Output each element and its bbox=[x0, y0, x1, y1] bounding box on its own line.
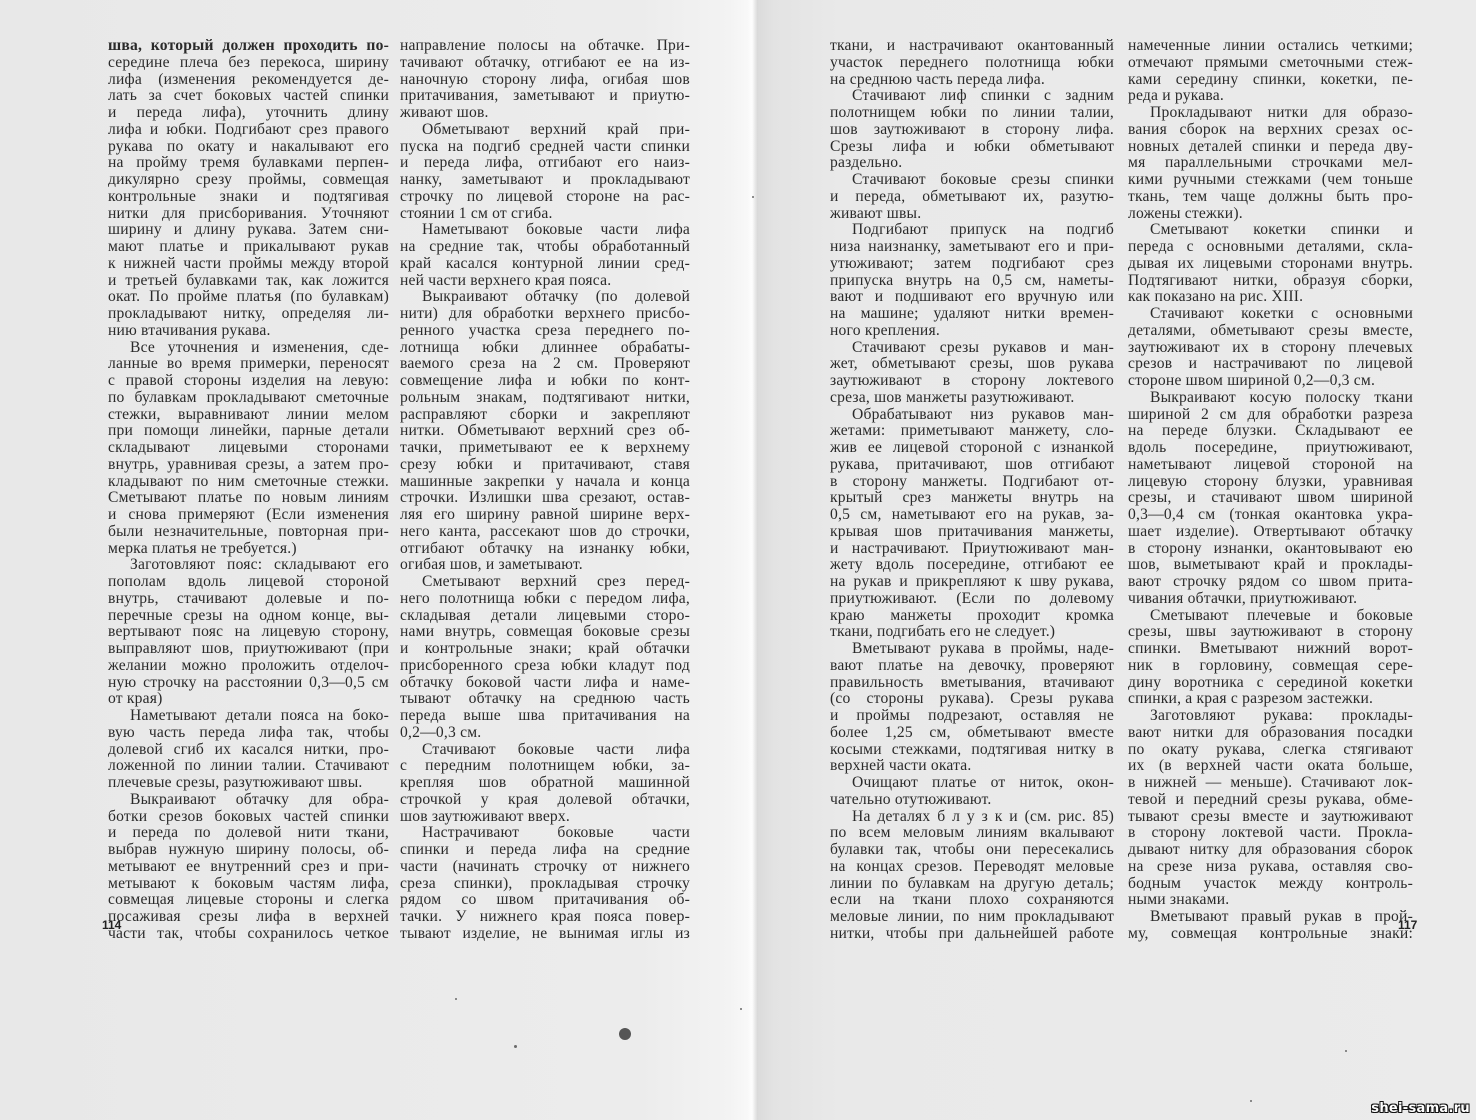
left-page-number: 114 bbox=[102, 918, 121, 932]
text-line: Вметывают правый рукав в прой- bbox=[1128, 909, 1413, 926]
text-line: Стачивают боковые части лифа bbox=[400, 742, 690, 759]
text-line: машинные закрепки у начала и конца bbox=[400, 474, 690, 491]
text-line: Стачивают срезы рукавов и ман- bbox=[830, 340, 1114, 357]
text-line: краю манжеты проходит кромка bbox=[830, 608, 1114, 625]
text-line: ней части верхнего края пояса. bbox=[400, 273, 690, 290]
text-line: и переда, обметывают их, разутю- bbox=[830, 189, 1114, 206]
text-line: дывая их лицевыми сторонами внутрь. bbox=[1128, 256, 1413, 273]
text-line: крепляя шов обратной машинной bbox=[400, 775, 690, 792]
text-line: дину воротника с серединой кокетки bbox=[1128, 675, 1413, 692]
text-line: шва, который должен проходить по- bbox=[108, 38, 389, 55]
text-line: Сметывают платье по новым линиям bbox=[108, 490, 389, 507]
text-line: и снова примеряют (Если изменения bbox=[108, 507, 389, 524]
text-line: совмещение лифа и юбки по конт- bbox=[400, 373, 690, 390]
text-line: булавки так, чтобы они пересекались bbox=[830, 842, 1114, 859]
text-line: заутюживают в сторону локтевого bbox=[830, 373, 1114, 390]
text-line: и переда по долевой нити ткани, bbox=[108, 825, 389, 842]
text-line: вают и подшивают его вручную или bbox=[830, 289, 1114, 306]
text-line: припуска внутрь на 0,5 см, наметы- bbox=[830, 273, 1114, 290]
text-line: шов заутюживают вверх. bbox=[400, 809, 690, 826]
text-line: линии по булавкам на другую деталь; bbox=[830, 876, 1114, 893]
text-line: Очищают платье от ниток, окон- bbox=[830, 775, 1114, 792]
text-line: низа наизнанку, заметывают его и при- bbox=[830, 239, 1114, 256]
text-line: отмечают прямыми сметочными стеж- bbox=[1128, 55, 1413, 72]
text-line: как показано на рис. XIII. bbox=[1128, 289, 1413, 306]
text-line: дикулярно срезу проймы, совмещая bbox=[108, 172, 389, 189]
text-line: чательно отутюживают. bbox=[830, 792, 1114, 809]
text-line: при помощи линейки, парные детали bbox=[108, 423, 389, 440]
text-line: в сторону локтевой части. Прокла- bbox=[1128, 825, 1413, 842]
text-line: спинки, а края с разрезом застежки. bbox=[1128, 691, 1413, 708]
text-line: ботки срезов боковых частей спинки bbox=[108, 809, 389, 826]
text-line: участок переднего полотнища юбки bbox=[830, 55, 1114, 72]
right-page-column-2: намеченные линии остались четкими;отмеча… bbox=[1128, 38, 1413, 943]
text-line: окат. По пройме платья (по булавкам) bbox=[108, 289, 389, 306]
text-line: 0,3—0,4 см (тонкая окантовка укра- bbox=[1128, 507, 1413, 524]
text-line: Вметывают рукава в проймы, наде- bbox=[830, 641, 1114, 658]
text-line: долевой сгиб их касался нитки, про- bbox=[108, 742, 389, 759]
text-line: плечевые срезы, разутюживают швы. bbox=[108, 775, 389, 792]
text-line: расправляют сборки и закрепляют bbox=[400, 407, 690, 424]
text-line: Заготовляют рукава: проклады- bbox=[1128, 708, 1413, 725]
text-line: спинки и переда лифа на средние bbox=[400, 842, 690, 859]
text-line: му, совмещая контрольные знаки: bbox=[1128, 926, 1413, 943]
text-line: бодным участок между контроль- bbox=[1128, 876, 1413, 893]
text-line: от края) bbox=[108, 691, 389, 708]
text-line: складывая детали лицевыми сторо- bbox=[400, 608, 690, 625]
text-line: строчкой у края долевой обтачки, bbox=[400, 792, 690, 809]
text-line: На деталях б л у з к и (см. рис. 85) bbox=[830, 809, 1114, 826]
text-line: и проймы подрезают, оставляя не bbox=[830, 708, 1114, 725]
text-line: Сметывают плечевые и боковые bbox=[1128, 608, 1413, 625]
text-line: Обрабатывают низ рукавов ман- bbox=[830, 407, 1114, 424]
text-line: тывают изделие, не вынимая иглы из bbox=[400, 926, 690, 943]
text-line: 0,5 см, наметывают его на рукав, за- bbox=[830, 507, 1114, 524]
text-line: вдоль посередине, приутюживают, bbox=[1128, 440, 1413, 457]
text-line: рукава, притачивают, шов отгибают bbox=[830, 457, 1114, 474]
text-line: среза, шов манжеты разутюживают. bbox=[830, 390, 1114, 407]
text-line: в нижней — меньше). Стачивают лок- bbox=[1128, 775, 1413, 792]
text-line: совмещая лицевые стороны и слегка bbox=[108, 892, 389, 909]
text-line: ткани, подгибать его не следует.) bbox=[830, 624, 1114, 641]
text-line: живают швы. bbox=[830, 206, 1114, 223]
text-line: ваемого среза на 2 см. Проверяют bbox=[400, 356, 690, 373]
text-line: Сметывают кокетки спинки и bbox=[1128, 222, 1413, 239]
scan-speck bbox=[740, 1008, 742, 1010]
text-line: ляя его ширину равной ширине верх- bbox=[400, 507, 690, 524]
left-page-column-1: шва, который должен проходить по-середин… bbox=[108, 38, 389, 943]
text-line: на пройму тремя булавками перпен- bbox=[108, 155, 389, 172]
text-line: Стачивают лиф спинки с задним bbox=[830, 88, 1114, 105]
text-line: лотнища юбки длиннее обрабаты- bbox=[400, 340, 690, 357]
text-line: выправляют шов, приутюживают (при bbox=[108, 641, 389, 658]
text-line: приутюживают. (Если по долевому bbox=[830, 591, 1114, 608]
text-line: на срезе низа рукава, оставляя сво- bbox=[1128, 859, 1413, 876]
text-line: новных деталей спинки и переда дву- bbox=[1128, 139, 1413, 156]
text-line: намеченные линии остались четкими; bbox=[1128, 38, 1413, 55]
text-line: присборенного среза юбки кладут под bbox=[400, 658, 690, 675]
text-line: нами внутрь, совмещая боковые срезы bbox=[400, 624, 690, 641]
scan-speck bbox=[619, 1028, 631, 1040]
text-line: жет, обметывают срезы, шов рукава bbox=[830, 356, 1114, 373]
text-line: Выкраивают обтачку для обра- bbox=[108, 792, 389, 809]
text-line: прокладывают нитку, определяя ли- bbox=[108, 306, 389, 323]
text-line: шириной 2 см для обработки разреза bbox=[1128, 407, 1413, 424]
text-line: срезу юбки и притачивают, ставя bbox=[400, 457, 690, 474]
text-line: нитки. Обметывают верхний срез об- bbox=[400, 423, 690, 440]
text-line: косыми стежками, подтягивая нитку в bbox=[830, 742, 1114, 759]
text-line: ными знаками. bbox=[1128, 892, 1413, 909]
text-line: шов заутюживают в сторону лифа. bbox=[830, 122, 1114, 139]
text-line: мя параллельными строчками мел- bbox=[1128, 155, 1413, 172]
text-line: на средние так, чтобы обработанный bbox=[400, 239, 690, 256]
text-line: перечные срезы на одном конце, вы- bbox=[108, 608, 389, 625]
text-line: заутюживают их в сторону плечевых bbox=[1128, 340, 1413, 357]
text-line: Наметывают детали пояса на боко- bbox=[108, 708, 389, 725]
text-line: Стачивают кокетки с основными bbox=[1128, 306, 1413, 323]
text-line: крывая шов притачивания манжеты, bbox=[830, 524, 1114, 541]
text-line: дывают нитку для образования сборок bbox=[1128, 842, 1413, 859]
scan-speck bbox=[514, 1045, 517, 1048]
text-line: 0,2—0,3 см. bbox=[400, 725, 690, 742]
text-line: срезы, и стачивают швом шириной bbox=[1128, 490, 1413, 507]
text-line: лать за счет боковых частей спинки bbox=[108, 88, 389, 105]
right-page-number: 117 bbox=[1398, 918, 1417, 932]
text-line: ного крепления. bbox=[830, 323, 1114, 340]
text-line: к нижней части проймы между второй bbox=[108, 256, 389, 273]
text-line: спинки. Вметывают нижний ворот- bbox=[1128, 641, 1413, 658]
text-line: шов, выметывают край и проклады- bbox=[1128, 557, 1413, 574]
text-line: ками середину спинки, кокетки, пе- bbox=[1128, 72, 1413, 89]
text-line: Сметывают верхний срез перед- bbox=[400, 574, 690, 591]
text-line: ткань, тем чаще должны быть про- bbox=[1128, 189, 1413, 206]
text-line: срезы, швы заутюживают в сторону bbox=[1128, 624, 1413, 641]
text-line: Подгибают припуск на подгиб bbox=[830, 222, 1114, 239]
book-gutter bbox=[748, 0, 758, 1120]
text-line: на среднюю часть переда лифа. bbox=[830, 72, 1114, 89]
text-line: с передним полотнищем юбки, за- bbox=[400, 758, 690, 775]
text-line: Все уточнения и изменения, сде- bbox=[108, 340, 389, 357]
text-line: мают платье и прикалывают рукав bbox=[108, 239, 389, 256]
text-line: мерка платья не требуется.) bbox=[108, 541, 389, 558]
text-line: вают строчку рядом со швом прита- bbox=[1128, 574, 1413, 591]
text-line: правильность вметывания, втачивают bbox=[830, 675, 1114, 692]
text-line: тывают срезы вместе и заутюживают bbox=[1128, 809, 1413, 826]
text-line: него полотнища юбки с передом лифа, bbox=[400, 591, 690, 608]
text-line: меловые линии, по ним прокладывают bbox=[830, 909, 1114, 926]
text-line: лицевую сторону блузки, уравнивая bbox=[1128, 474, 1413, 491]
text-line: строчку по лицевой стороне на рас- bbox=[400, 189, 690, 206]
text-line: кими ручными стежками (чем тоньше bbox=[1128, 172, 1413, 189]
text-line: внутрь, уравнивая срезы, а затем про- bbox=[108, 457, 389, 474]
text-line: тачивают обтачку, отгибают ее на из- bbox=[400, 55, 690, 72]
text-line: по булавкам прокладывают сметочные bbox=[108, 390, 389, 407]
text-line: ложенной по линии талии. Стачивают bbox=[108, 758, 389, 775]
text-line: лифа (изменения рекомендуется де- bbox=[108, 72, 389, 89]
text-line: вают нитки для образования посадки bbox=[1128, 725, 1413, 742]
text-line: Срезы лифа и юбки обметывают bbox=[830, 139, 1114, 156]
text-line: на машине; удаляют нитки времен- bbox=[830, 306, 1114, 323]
text-line: чивания обтачки, приутюживают. bbox=[1128, 591, 1413, 608]
text-line: части (начинать строчку от нижнего bbox=[400, 859, 690, 876]
text-line: нитки, чтобы при дальнейшей работе bbox=[830, 926, 1114, 943]
text-line: тевой и передний срезы рукава, обме- bbox=[1128, 792, 1413, 809]
text-line: переда выше шва притачивания на bbox=[400, 708, 690, 725]
text-line: рядом со швом притачивания об- bbox=[400, 892, 690, 909]
text-line: и переда лифа, отгибают его наиз- bbox=[400, 155, 690, 172]
text-line: нити) для обработки верхнего присбо- bbox=[400, 306, 690, 323]
text-line: вертывают пояс на лицевую сторону, bbox=[108, 624, 389, 641]
text-line: (со стороны рукава). Срезы рукава bbox=[830, 691, 1114, 708]
text-line: середине плеча без перекоса, ширину bbox=[108, 55, 389, 72]
book-spread: шва, который должен проходить по-середин… bbox=[0, 0, 1476, 1120]
text-line: жив ее лицевой стороной с изнанкой bbox=[830, 440, 1114, 457]
text-line: нию втачивания рукава. bbox=[108, 323, 389, 340]
text-line: в сторону манжеты. Подгибают от- bbox=[830, 474, 1114, 491]
text-line: раздельно. bbox=[830, 155, 1114, 172]
text-line: тачки. У нижнего края пояса повер- bbox=[400, 909, 690, 926]
text-line: тывают обтачку на среднюю часть bbox=[400, 691, 690, 708]
text-line: Наметывают боковые части лифа bbox=[400, 222, 690, 239]
text-line: обтачку боковой части лифа и наме- bbox=[400, 675, 690, 692]
text-line: Прокладывают нитки для образо- bbox=[1128, 105, 1413, 122]
text-line: крытый срез манжеты внутрь на bbox=[830, 490, 1114, 507]
text-line: вают платье на девочку, проверяют bbox=[830, 658, 1114, 675]
text-line: ширину и длину рукава. Затем сни- bbox=[108, 222, 389, 239]
scan-speck bbox=[455, 998, 457, 1000]
text-line: Заготовляют пояс: складывают его bbox=[108, 557, 389, 574]
text-line: Подтягивают нитки, образуя сборки, bbox=[1128, 273, 1413, 290]
text-line: стежки, выравнивают линии мелом bbox=[108, 407, 389, 424]
text-line: утюживают; затем подгибают срез bbox=[830, 256, 1114, 273]
text-line: и переда лифа), уточнить длину bbox=[108, 105, 389, 122]
text-line: ренного участка среза переднего по- bbox=[400, 323, 690, 340]
text-line: более 1,25 см, обметывают вместе bbox=[830, 725, 1114, 742]
text-line: край касался контурной линии сред- bbox=[400, 256, 690, 273]
text-line: полотнищем юбки по линии талии, bbox=[830, 105, 1114, 122]
text-line: и третьей булавками так, как ложится bbox=[108, 273, 389, 290]
text-line: ложены стежки). bbox=[1128, 206, 1413, 223]
text-line: пуска на подгиб средней части спинки bbox=[400, 139, 690, 156]
text-line: посаживая срезы лифа в верхней bbox=[108, 909, 389, 926]
text-line: если на ткани плохо сохраняются bbox=[830, 892, 1114, 909]
text-line: Выкраивают косую полоску ткани bbox=[1128, 390, 1413, 407]
text-line: были незначительные, повторная при- bbox=[108, 524, 389, 541]
scan-speck bbox=[1345, 1050, 1347, 1052]
text-line: и контрольные знаки; край обтачки bbox=[400, 641, 690, 658]
text-line: метывают ее внутренний срез и при- bbox=[108, 859, 389, 876]
text-line: лифа и юбки. Подгибают срез правого bbox=[108, 122, 389, 139]
text-line: отгибают обтачку на изнанку юбки, bbox=[400, 541, 690, 558]
text-line: в сторону изнанки, окантовывают ею bbox=[1128, 541, 1413, 558]
text-line: контрольные знаки и подтягивая bbox=[108, 189, 389, 206]
text-line: жетами: приметывают манжету, сло- bbox=[830, 423, 1114, 440]
text-line: по окату рукава, слегка стягивают bbox=[1128, 742, 1413, 759]
text-line: среза спинки), прокладывая строчку bbox=[400, 876, 690, 893]
text-line: нанку, заметывают и прокладывают bbox=[400, 172, 690, 189]
text-line: их (в верхней части оката больше, bbox=[1128, 758, 1413, 775]
text-line: верхней части оката. bbox=[830, 758, 1114, 775]
text-line: наночную сторону лифа, огибая шов bbox=[400, 72, 690, 89]
text-line: с правой стороны изделия на левую: bbox=[108, 373, 389, 390]
left-page-column-2: направление полосы на обтачке. При-тачив… bbox=[400, 38, 690, 943]
text-line: внутрь, стачивают долевые и по- bbox=[108, 591, 389, 608]
right-page-column-1: ткани, и настрачивают окантованныйучасто… bbox=[830, 38, 1114, 943]
scan-speck bbox=[1250, 1100, 1252, 1102]
text-line: Выкраивают обтачку (по долевой bbox=[400, 289, 690, 306]
text-line: жету вдоль посередине, отгибают ее bbox=[830, 557, 1114, 574]
text-line: стоянии 1 см от сгиба. bbox=[400, 206, 690, 223]
text-line: реда и рукава. bbox=[1128, 88, 1413, 105]
text-line: наметывают лицевой стороной на bbox=[1128, 457, 1413, 474]
text-line: строчки. Излишки шва срезают, остав- bbox=[400, 490, 690, 507]
text-line: на концах срезов. Переводят меловые bbox=[830, 859, 1114, 876]
text-line: по всем меловым линиям вкалывают bbox=[830, 825, 1114, 842]
site-watermark: shei-sama.ru bbox=[1371, 1101, 1470, 1116]
text-line: вую часть переда лифа так, чтобы bbox=[108, 725, 389, 742]
text-line: Стачивают боковые срезы спинки bbox=[830, 172, 1114, 189]
text-line: на рукав и прикрепляют к шву рукава, bbox=[830, 574, 1114, 591]
text-line: рольным знакам, подтягивают нитки, bbox=[400, 390, 690, 407]
text-line: Настрачивают боковые части bbox=[400, 825, 690, 842]
text-line: желании можно проложить отделоч- bbox=[108, 658, 389, 675]
text-line: стороне швом шириной 0,2—0,3 см. bbox=[1128, 373, 1413, 390]
text-line: живают шов. bbox=[400, 105, 690, 122]
text-line: метывают к боковым частям лифа, bbox=[108, 876, 389, 893]
text-line: притачивания, заметывают и приутю- bbox=[400, 88, 690, 105]
scan-speck bbox=[752, 196, 754, 198]
text-line: пополам вдоль лицевой стороной bbox=[108, 574, 389, 591]
text-line: складывают лицевыми сторонами bbox=[108, 440, 389, 457]
text-line: нитки для присборивания. Уточняют bbox=[108, 206, 389, 223]
text-line: деталями, обметывают срезы вместе, bbox=[1128, 323, 1413, 340]
text-line: ную строчку на расстоянии 0,3—0,5 см bbox=[108, 675, 389, 692]
text-line: рукава по окату и накалывают его bbox=[108, 139, 389, 156]
text-line: кладывают по ним сметочные стежки. bbox=[108, 474, 389, 491]
text-line: на переде блузки. Складывают ее bbox=[1128, 423, 1413, 440]
text-line: шает изделие). Отвертывают обтачку bbox=[1128, 524, 1413, 541]
text-line: вания сборок на верхних срезах ос- bbox=[1128, 122, 1413, 139]
text-line: выбрав нужную ширину полосы, об- bbox=[108, 842, 389, 859]
text-line: и настрачивают. Приутюживают ман- bbox=[830, 541, 1114, 558]
text-line: срезов и настрачивают по лицевой bbox=[1128, 356, 1413, 373]
text-line: него канта, рассекают шов до строчки, bbox=[400, 524, 690, 541]
text-line: части так, чтобы сохранилось четкое bbox=[108, 926, 389, 943]
text-line: ник в горловину, совмещая сере- bbox=[1128, 658, 1413, 675]
text-line: ткани, и настрачивают окантованный bbox=[830, 38, 1114, 55]
text-line: переда с основными деталями, скла- bbox=[1128, 239, 1413, 256]
text-line: огибая шов, и заметывают. bbox=[400, 557, 690, 574]
text-line: Обметывают верхний край при- bbox=[400, 122, 690, 139]
text-line: тачки, приметывают ее к верхнему bbox=[400, 440, 690, 457]
text-line: направление полосы на обтачке. При- bbox=[400, 38, 690, 55]
text-line: ланные во время примерки, переносят bbox=[108, 356, 389, 373]
